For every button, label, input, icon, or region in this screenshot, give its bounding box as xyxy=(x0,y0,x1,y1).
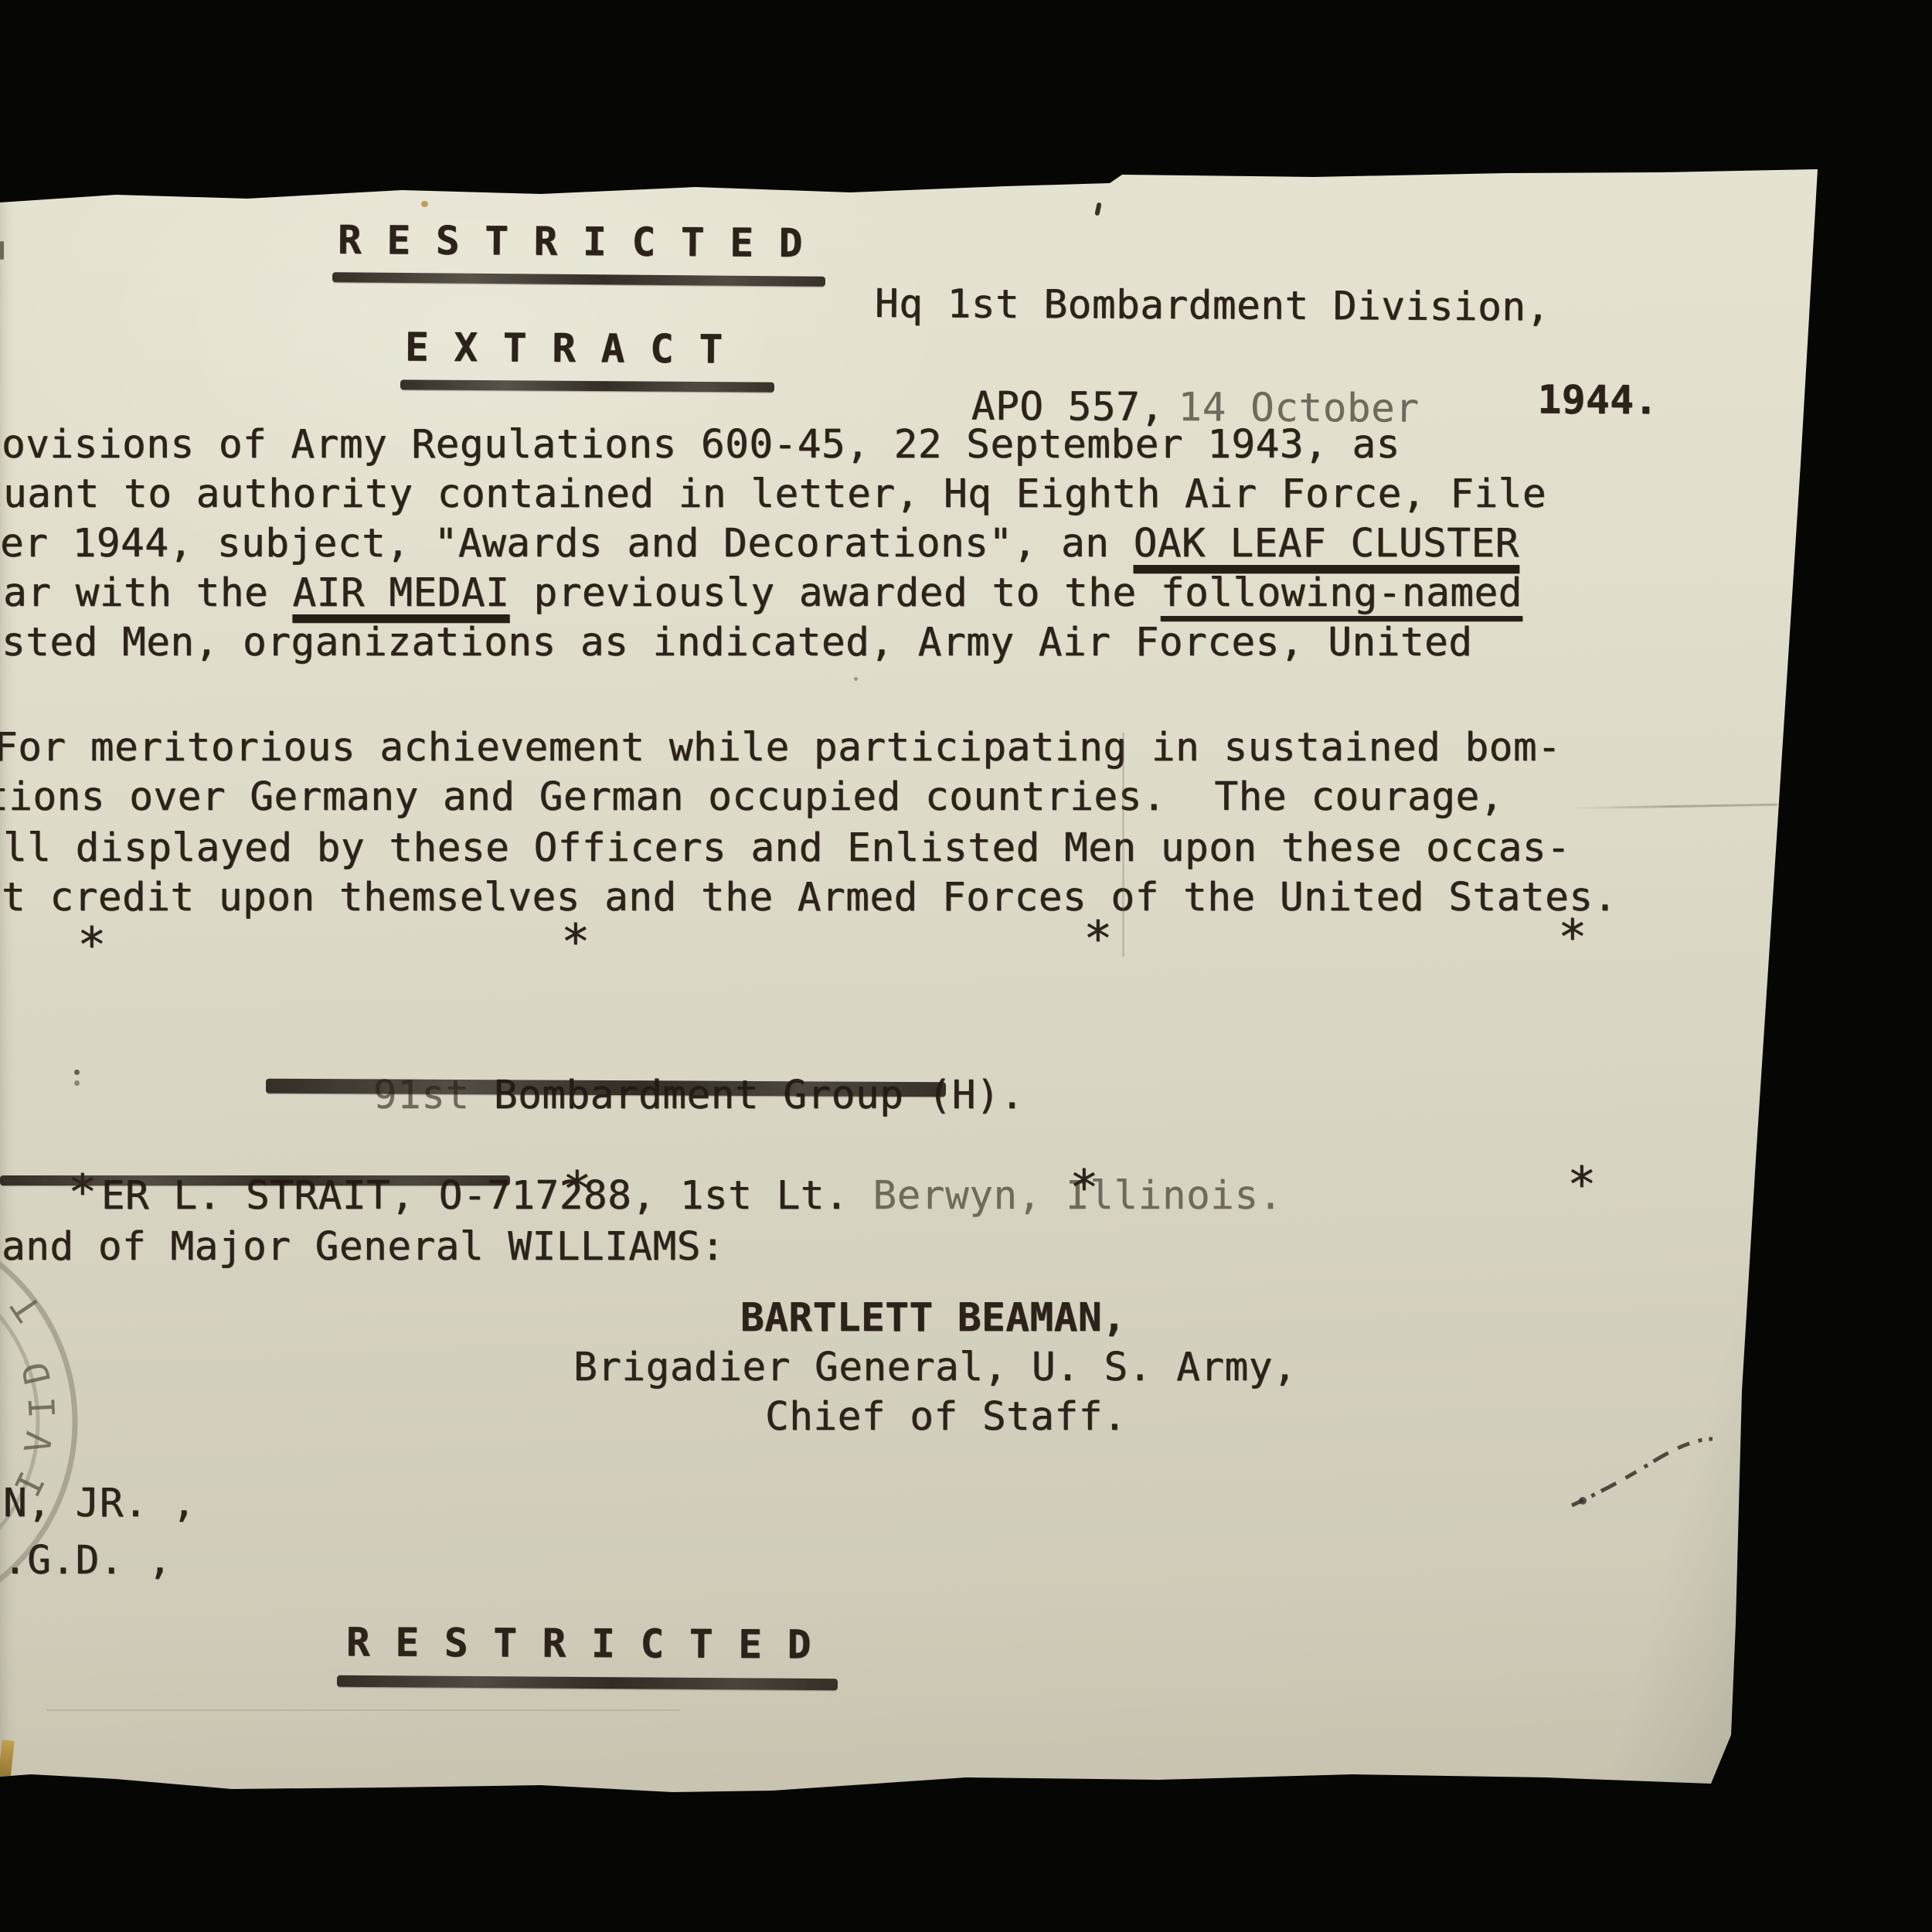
extract-label: E X T R A C T xyxy=(405,324,724,376)
stamp-letter: I xyxy=(21,1396,63,1419)
para2-line3: ll displayed by these Officers and Enlis… xyxy=(3,824,1570,873)
following-named-underlined: following-named xyxy=(1161,570,1522,616)
para1-line4-text: ar with the xyxy=(3,570,292,616)
ink-mark xyxy=(74,1070,80,1075)
asterisk-separator: * xyxy=(1567,1161,1596,1209)
ink-tick xyxy=(1094,202,1101,216)
stamp-letter: V xyxy=(16,1429,61,1458)
para1-line3: er 1944, subject, "Awards and Decoration… xyxy=(0,519,1519,569)
classification-banner-top: R E S T R I C T E D xyxy=(338,216,804,269)
para1-line3-text: er 1944, subject, "Awards and Decoration… xyxy=(0,521,1134,566)
left-fragment-gd: .G.D. , xyxy=(3,1536,172,1586)
signature-title: Chief of Staff. xyxy=(765,1393,1127,1442)
oak-leaf-cluster-underlined: OAK LEAF CLUSTER xyxy=(1134,521,1519,566)
para1-line4: ar with the AIR MEDAI previously awarded… xyxy=(3,569,1522,618)
fold-crease xyxy=(1569,804,1777,810)
paper-speck xyxy=(854,677,858,681)
stamp-letter: D xyxy=(13,1358,59,1388)
signature-name: BARTLETT BEAMAN, xyxy=(740,1294,1126,1343)
pen-scratch xyxy=(1561,1430,1723,1522)
asterisk-separator: * xyxy=(68,1168,97,1216)
ink-mark-left-edge xyxy=(0,241,4,260)
extract-underline xyxy=(400,379,774,392)
banner-top-underline xyxy=(332,272,825,287)
air-medal-underlined: AIR MEDAI xyxy=(292,570,509,616)
asterisk-separator: * xyxy=(563,1165,591,1213)
photo-of-document: { "paper_color": "#ddd9c7", "background_… xyxy=(0,0,1932,1932)
command-line: and of Major General WILLIAMS: xyxy=(2,1223,725,1272)
signature-rank: Brigadier General, U. S. Army, xyxy=(573,1343,1297,1393)
para1-line2: uant to authority contained in letter, H… xyxy=(3,470,1546,519)
asterisk-separator: * xyxy=(561,918,590,966)
para1-line1: ovisions of Army Regulations 600-45, 22 … xyxy=(2,420,1400,470)
asterisk-separator: * xyxy=(1558,913,1587,961)
asterisk-separator: * xyxy=(1070,1164,1098,1212)
classification-banner-bottom: R E S T R I C T E D xyxy=(346,1618,812,1670)
letterhead-unit: Hq 1st Bombardment Division, xyxy=(875,280,1550,333)
letterhead-year: 1944. xyxy=(1537,377,1658,423)
para1-line4-mid: previously awarded to the xyxy=(509,570,1161,616)
paper-speck xyxy=(421,201,428,207)
asterisk-separator: * xyxy=(1083,915,1112,963)
left-fragment-jr: N, JR. , xyxy=(3,1479,196,1529)
tape-remnant xyxy=(0,1740,15,1781)
para2-line2: tions over Germany and German occupied c… xyxy=(0,773,1504,822)
document-paper: T D I V I R E S T R I C T E D E X T R A … xyxy=(0,0,1932,1932)
para2-line1: For meritorious achievement while partic… xyxy=(0,723,1561,773)
fold-crease-bottom xyxy=(46,1709,680,1711)
para1-line5: sted Men, organizations as indicated, Ar… xyxy=(2,618,1472,668)
para2-line4: t credit upon themselves and the Armed F… xyxy=(2,873,1617,923)
asterisk-separator: * xyxy=(77,921,106,969)
banner-bottom-underline xyxy=(337,1675,838,1691)
